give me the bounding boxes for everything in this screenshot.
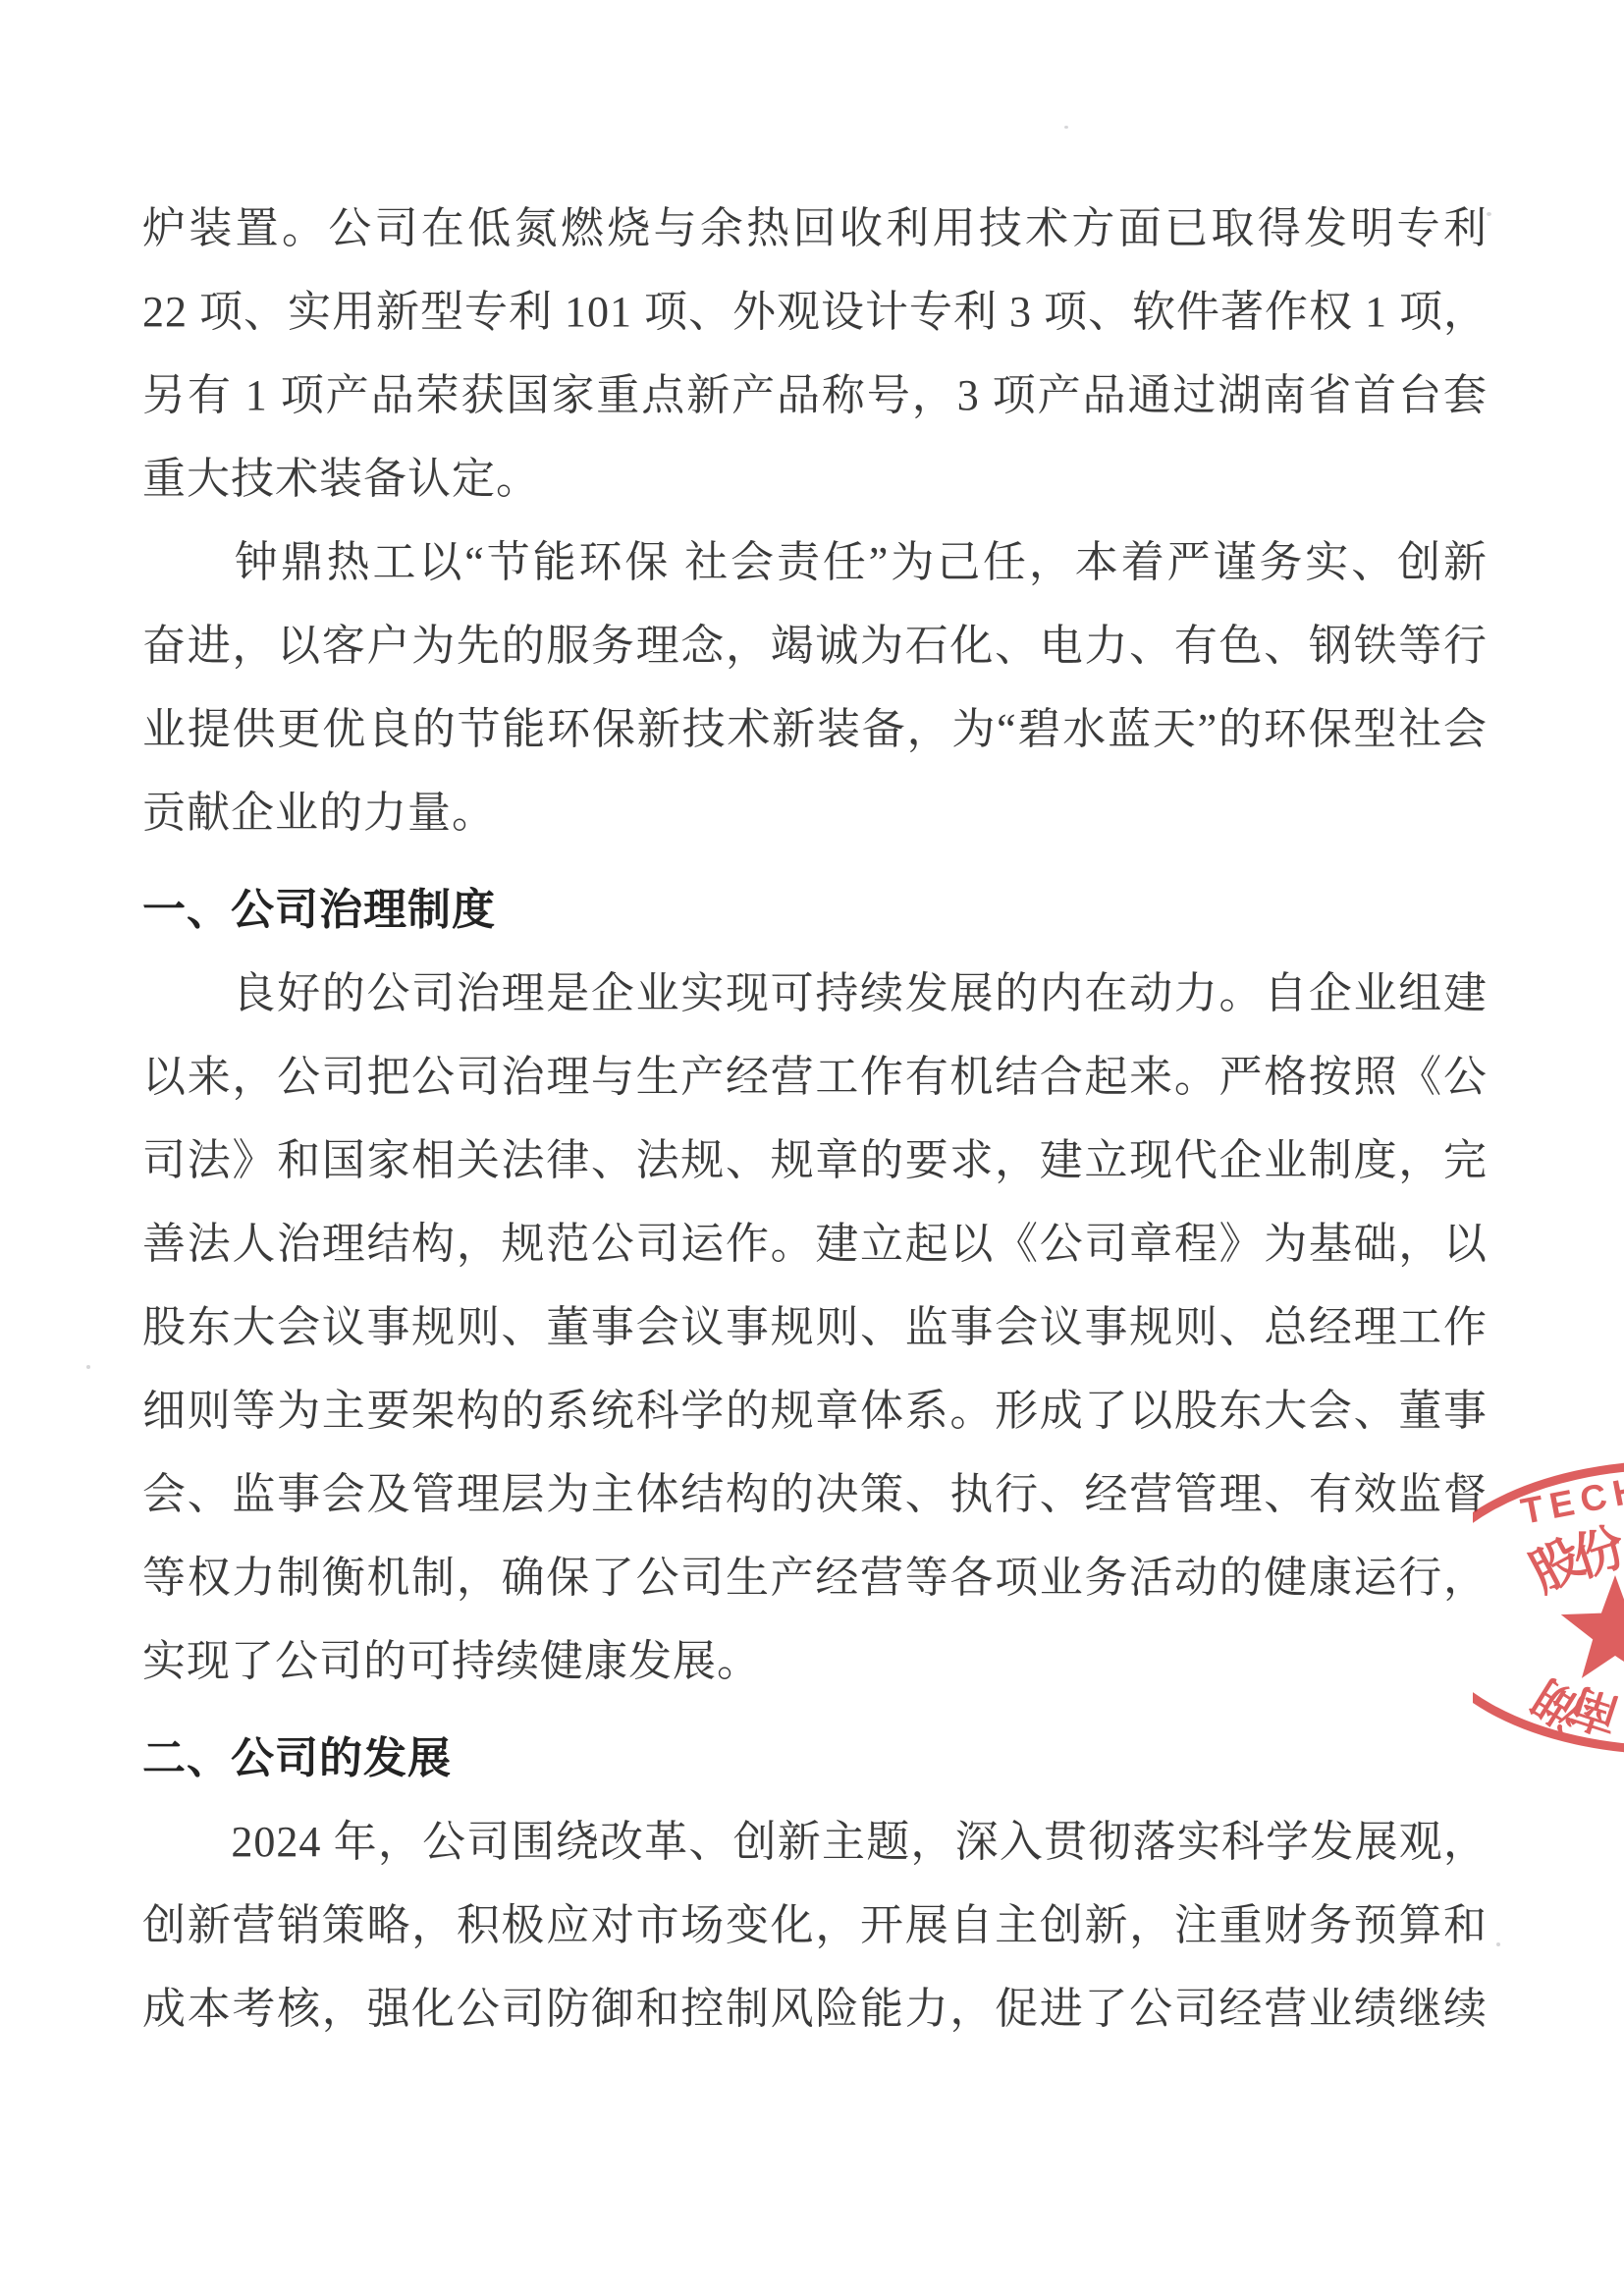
text-line: 业提供更优良的节能环保新技术新装备，为“碧水蓝天”的环保型社会 <box>142 687 1488 771</box>
text-line: 22 项、实用新型专利 101 项、外观设计专利 3 项、软件著作权 1 项， <box>142 270 1488 354</box>
text-line: 等权力制衡机制，确保了公司生产经营等各项业务活动的健康运行， <box>142 1536 1488 1619</box>
text-line: 细则等为主要架构的系统科学的规章体系。形成了以股东大会、董事 <box>142 1369 1488 1452</box>
scan-speck <box>1018 1420 1022 1423</box>
scan-speck <box>1487 212 1491 216</box>
text-line: 会、监事会及管理层为主体结构的决策、执行、经营管理、有效监督 <box>142 1452 1488 1536</box>
seal-star-icon <box>1561 1575 1624 1678</box>
document-body: 炉装置。公司在低氮燃烧与余热回收利用技术方面已取得发明专利22 项、实用新型专利… <box>142 187 1488 2050</box>
text-line: 成本考核，强化公司防御和控制风险能力，促进了公司经营业绩继续 <box>142 1967 1488 2050</box>
text-line: 重大技术装备认定。 <box>142 437 1488 520</box>
text-line: 以来，公司把公司治理与生产经营工作有机结合起来。严格按照《公 <box>142 1035 1488 1119</box>
section-heading: 一、公司治理制度 <box>142 868 1488 952</box>
company-seal: TECH 股 份 湖 南 <box>1473 1345 1624 1777</box>
text-line: 善法人治理结构，规范公司运作。建立起以《公司章程》为基础，以 <box>142 1202 1488 1285</box>
text-line: 炉装置。公司在低氮燃烧与余热回收利用技术方面已取得发明专利 <box>142 187 1488 270</box>
text-line: 另有 1 项产品荣获国家重点新产品称号，3 项产品通过湖南省首台套 <box>142 354 1488 437</box>
text-line: 良好的公司治理是企业实现可持续发展的内在动力。自企业组建 <box>142 952 1488 1035</box>
text-line: 钟鼎热工以“节能环保 社会责任”为己任，本着严谨务实、创新 <box>142 520 1488 604</box>
document-page: 炉装置。公司在低氮燃烧与余热回收利用技术方面已取得发明专利22 项、实用新型专利… <box>0 0 1624 2296</box>
text-line: 2024 年，公司围绕改革、创新主题，深入贯彻落实科学发展观， <box>142 1800 1488 1884</box>
text-line: 创新营销策略，积极应对市场变化，开展自主创新，注重财务预算和 <box>142 1884 1488 1967</box>
section-heading: 二、公司的发展 <box>142 1717 1488 1800</box>
seal-bottom-char: 南 <box>1565 1677 1624 1741</box>
seal-latin-text: TECH <box>1518 1468 1624 1532</box>
seal-chinese-char: 份 <box>1566 1518 1624 1588</box>
scan-speck <box>1496 1942 1500 1946</box>
text-line: 股东大会议事规则、董事会议事规则、监事会议事规则、总经理工作 <box>142 1285 1488 1369</box>
seal-chinese-char: 股 <box>1521 1529 1593 1604</box>
text-line: 实现了公司的可持续健康发展。 <box>142 1619 1488 1703</box>
seal-ring <box>1473 1465 1624 1750</box>
text-line: 贡献企业的力量。 <box>142 771 1488 854</box>
scan-speck <box>86 1365 90 1369</box>
scan-speck <box>1064 126 1068 129</box>
text-line: 司法》和国家相关法律、法规、规章的要求，建立现代企业制度，完 <box>142 1119 1488 1202</box>
text-line: 奋进，以客户为先的服务理念，竭诚为石化、电力、有色、钢铁等行 <box>142 604 1488 687</box>
seal-bottom-char: 湖 <box>1525 1669 1593 1738</box>
